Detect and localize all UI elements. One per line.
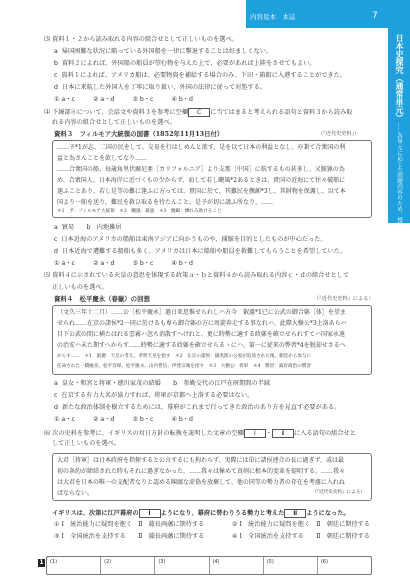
q6-prompt: ⑹ 次の史料を参考に、イギリスの対日方針の転換を説明した文章の空欄Ⅰ・Ⅱに入る語… bbox=[44, 429, 356, 438]
source-5-box: 大君［将軍］は日本政府を指揮すると公言するにも拘わらず、実際には単に諸侯連合の長… bbox=[52, 453, 372, 501]
q4-choices: ① a・c② a・d③ b・c④ b・d bbox=[54, 261, 211, 267]
q4-prompt-cont: れる内容の組合せとして正しいものを選べ。 bbox=[52, 120, 176, 126]
q3-option-b: b資料２によれば、外国船の船員が望む物を与えた上で、必要があれば上陸をさせてもよ… bbox=[54, 61, 316, 67]
source-3-cite: （『近代史史料』） bbox=[318, 132, 360, 137]
answer-cell-5[interactable]: (5) bbox=[264, 557, 318, 574]
q6-statement: イギリスは、次第に江戸幕府のⅠようになり、幕府に替わりうる勢力と考えたⅡようにな… bbox=[52, 509, 350, 518]
blank-c: C bbox=[188, 108, 210, 117]
blank-2: Ⅱ bbox=[272, 429, 294, 438]
answer-cell-4[interactable]: (4) bbox=[210, 557, 264, 574]
answer-cell-6[interactable]: (6) bbox=[318, 557, 371, 574]
q4-option-c: c日本近海のアメリカの船舶は東南アジアに向かうものや、捕鯨を目的としたものが中心… bbox=[54, 237, 327, 243]
answer-section-number: 1 bbox=[38, 559, 45, 567]
sidebar-main: 日本史探究（通常単元） bbox=[395, 34, 404, 122]
q6-prompt-cont: して正しいものを選べ。 bbox=[52, 441, 120, 447]
answer-cell-2[interactable]: (2) bbox=[101, 557, 155, 574]
q3-option-a: a帰国困難な状況に陥っている外国船を一律に撃退することは好ましくない。 bbox=[54, 49, 272, 55]
q5-option-ab: a皇女・和宮と将軍・徳川家茂の結婚 b 参勤交代の江戸在府期間の半減 bbox=[54, 381, 270, 387]
source-4-box: （文久三年十二月）……公［松平慶永］過日来思惟せられしハ方今 叡慮*1已に公武の… bbox=[52, 305, 372, 375]
q5-option-d: d新たな政治体制を樹立するためには、幕府がこれまで行ってきた政治のあり方を見直す… bbox=[54, 405, 340, 411]
q6-choice-4: ④ Ⅰ 全国統治を支持する Ⅱ 朝廷に期待する bbox=[232, 534, 370, 540]
answer-grid: (1) (2) (3) (4) (5) (6) bbox=[46, 556, 372, 575]
answer-cell-3[interactable]: (3) bbox=[155, 557, 209, 574]
q5-prompt-cont: 正しいものを選べ。 bbox=[52, 285, 108, 291]
sidebar-text: 日本史探究（通常単元）……各単元に応じた問題内容のため、授業や補習などで取り組め… bbox=[390, 34, 408, 391]
q6-choice-2: ② Ⅰ 統治能力に疑問を抱く Ⅱ 朝廷に期待する bbox=[232, 522, 370, 528]
sidebar-sub: ……各単元に応じた問題内容のため、授業や補習などで取り組めば、知識のアウトプット… bbox=[396, 122, 402, 391]
q5-prompt: ⑸ 資料４に示されている天皇の意思を体現する政策ａ・ｂと資料４から読み取れる内容… bbox=[44, 273, 349, 279]
q3-choices: ① a・c② a・d③ b・c④ b・d bbox=[54, 97, 211, 103]
q4-option-ab: a貿易 b 内地雑居 bbox=[54, 225, 121, 231]
page-number: 7 bbox=[372, 12, 378, 21]
q6-choice-1: ① Ⅰ 統治能力に疑問を抱く Ⅱ 薩長両藩に期待する bbox=[54, 522, 204, 528]
header-title: 内容見本 本誌 bbox=[250, 14, 296, 21]
q4-prompt: ⑷ 下線部⑥について、会話文や資料３を参考に空欄Cに当てはまると考えられる語句と… bbox=[44, 108, 352, 117]
q3-option-c: c資料１によれば、アメリカ船は、必要物資を補給する場合のみ、下田・箱館に入港する… bbox=[54, 73, 346, 79]
q5-choices: ① a・c② a・d③ b・c④ b・d bbox=[54, 417, 211, 423]
q5-option-c: c在京する有力大名が協力すれば、将軍が京都へ上洛する必要はない。 bbox=[54, 393, 253, 399]
source-4-cite: （『近代史史料』による） bbox=[314, 297, 374, 302]
source-3-title: 資料３ フィルモア大統領の国書（1852年11月13日付） bbox=[54, 131, 223, 137]
source-4-title: 資料４ 松平慶永（春嶽）の回想 bbox=[54, 296, 150, 302]
source-3-box: ……予*1が志、二国の民をして、交易を行はしめんと欲す、是を以て日本の利益となし… bbox=[52, 140, 372, 218]
q6-choice-3: ③ Ⅰ 全国統治を支持する Ⅱ 薩長両藩に期待する bbox=[54, 534, 204, 540]
q4-option-d: d日本近海で遭難する船舶も多く、アメリカは日本に船舶や船員を救難してもらうことを… bbox=[54, 249, 346, 255]
q3-option-d: d日本に来航した外国人を丁寧に取り扱い、外国の法律に従って対処する。 bbox=[54, 85, 266, 91]
answer-cell-1[interactable]: (1) bbox=[47, 557, 101, 574]
q3-prompt: ⑶ 資料１・２から読み取れる内容の組合せとして正しいものを選べ。 bbox=[44, 37, 238, 43]
blank-1: Ⅰ bbox=[244, 429, 266, 438]
